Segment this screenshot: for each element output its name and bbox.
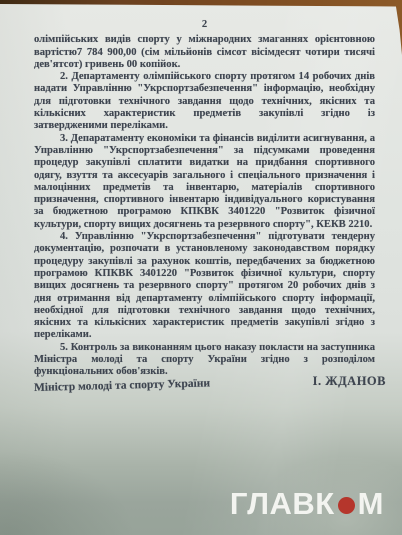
signature-title: Міністр молоді та спорту України xyxy=(34,377,210,394)
document-paper: 2 олімпійських видів спорту у міжнародни… xyxy=(0,0,402,535)
glavkom-watermark: ГЛАВК М xyxy=(230,488,384,519)
document-paragraph: 4. Управлінню "Укрспортзабезпечення" під… xyxy=(34,231,375,342)
page-number: 2 xyxy=(34,19,375,31)
watermark-dot-icon xyxy=(338,497,355,514)
watermark-text-left: ГЛАВК xyxy=(230,488,335,519)
watermark-text-right: М xyxy=(358,488,384,519)
document-body: 2 олімпійських видів спорту у міжнародни… xyxy=(34,19,375,379)
document-paragraph: 3. Депаратаменту економіки та фінансів в… xyxy=(34,133,375,231)
document-paragraph: олімпійських видів спорту у міжнародних … xyxy=(34,34,375,71)
document-paragraph: 2. Департаменту олімпійського спорту про… xyxy=(34,71,375,132)
document-photo: 2 олімпійських видів спорту у міжнародни… xyxy=(0,0,402,535)
signature-block: Міністр молоді та спорту України І. ЖДАН… xyxy=(34,370,386,394)
signature-name: І. ЖДАНОВ xyxy=(313,374,386,389)
